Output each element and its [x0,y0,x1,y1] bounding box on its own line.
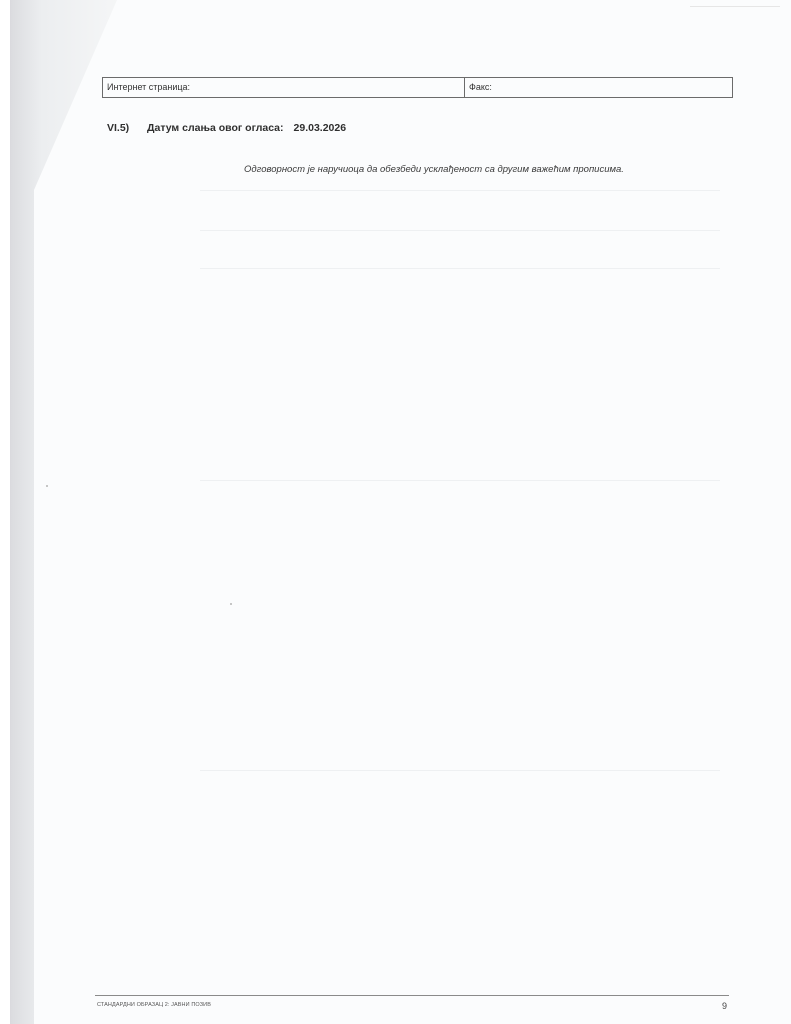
website-label: Интернет страница: [107,82,190,92]
section-label: Датум слања овог огласа: [147,122,284,134]
send-date: 29.03.2026 [294,122,347,134]
footer-divider [95,995,729,996]
scan-speck [46,485,48,487]
show-through-line [200,268,720,269]
fax-label: Факс: [469,82,492,92]
page-background [0,0,791,1024]
show-through-line [200,480,720,481]
scan-speck [230,603,232,605]
fax-cell: Факс: [465,78,732,97]
show-through-line [200,190,720,191]
scan-border [0,0,10,1024]
scan-artifact-line [690,6,780,7]
footer-form-name: СТАНДАРДНИ ОБРАЗАЦ 2: ЈАВНИ ПОЗИВ [97,1002,211,1008]
section-vi-5: VI.5) Датум слања овог огласа: 29.03.202… [107,122,346,134]
section-number: VI.5) [107,122,147,134]
website-cell: Интернет страница: [103,78,465,97]
show-through-line [200,230,720,231]
compliance-note: Одговорност је наручиоца да обезбеди уск… [244,164,624,175]
show-through-line [200,770,720,771]
contact-info-table: Интернет страница: Факс: [102,77,733,98]
page-number: 9 [722,1001,727,1011]
